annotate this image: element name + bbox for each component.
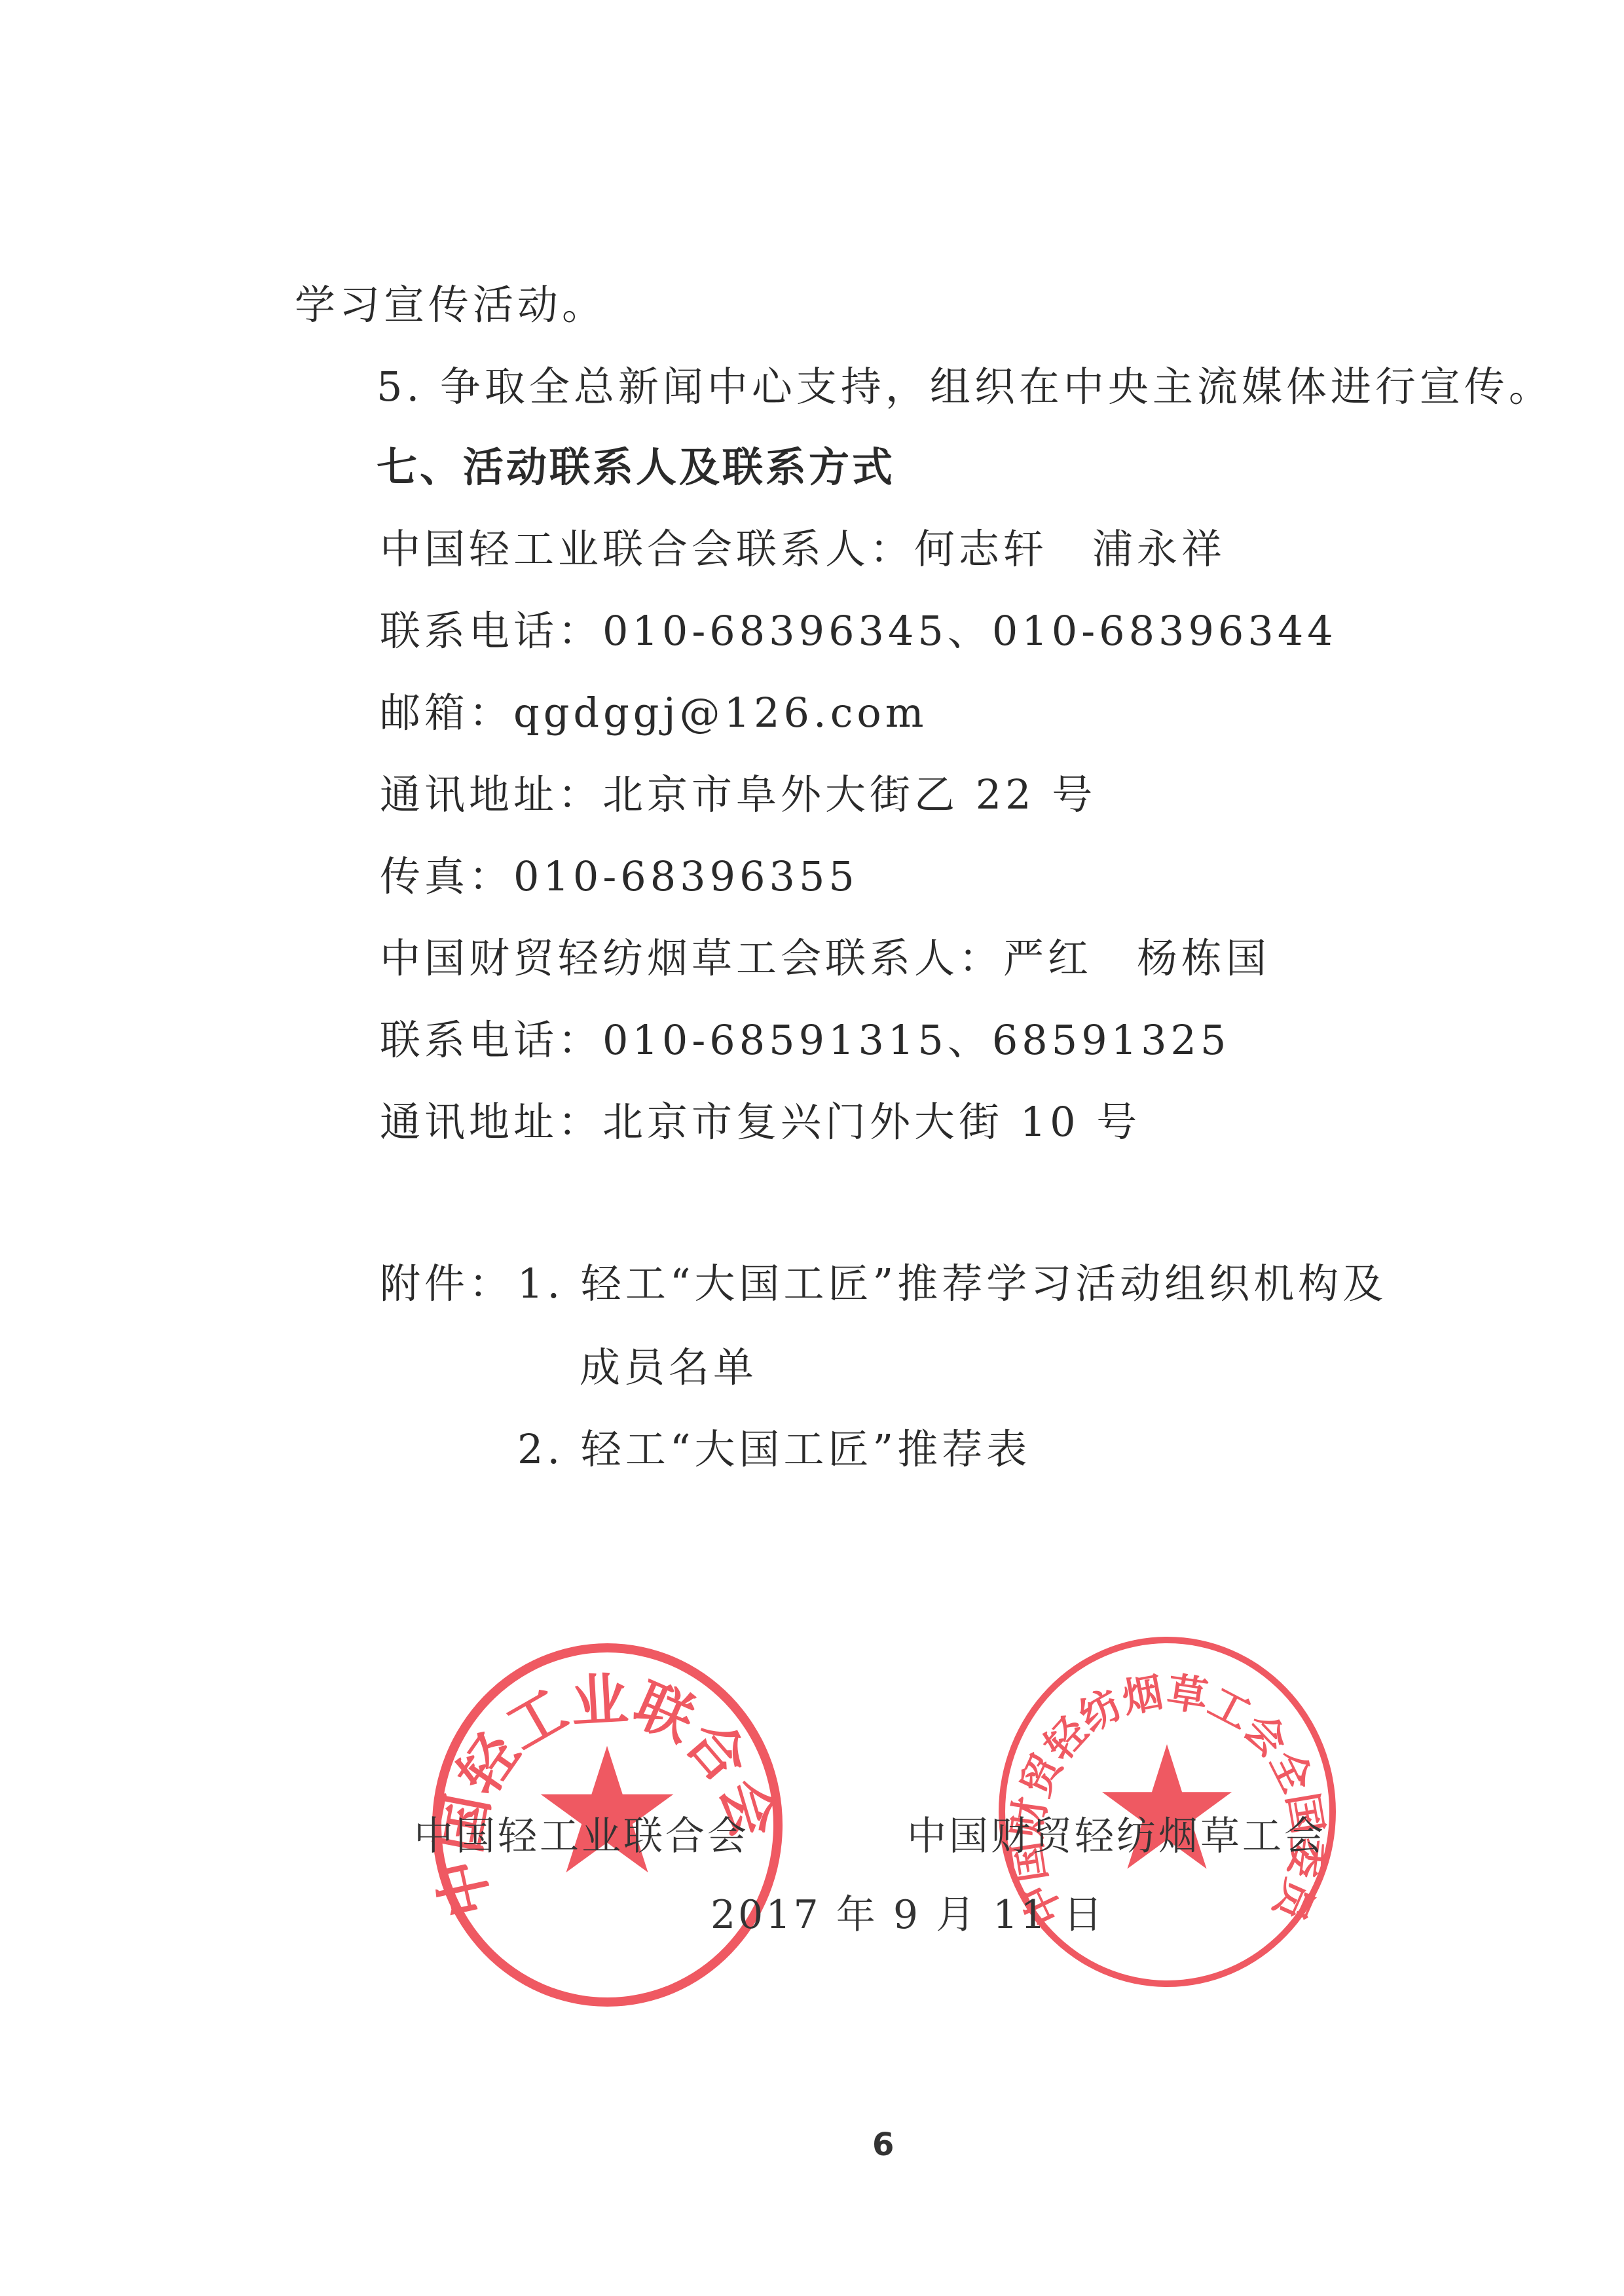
signature-date: 2017 年 9 月 11 日 xyxy=(710,1895,1105,1935)
attachments-label: 附件： xyxy=(380,1264,513,1304)
section-heading: 七、活动联系人及联系方式 xyxy=(377,447,895,488)
org1-address-line: 通讯地址：北京市阜外大街乙 22 号 xyxy=(380,774,1096,815)
signature-org1: 中国轻工业联合会 xyxy=(414,1817,749,1856)
org2-address-line: 通讯地址：北京市复兴门外大街 10 号 xyxy=(380,1102,1141,1142)
org2-phone-line: 联系电话：010-68591315、68591325 xyxy=(380,1020,1230,1061)
signature-org2: 中国财贸轻纺烟草工会 xyxy=(907,1817,1326,1856)
svg-text:中国财贸轻纺烟草工会全国委员会: 中国财贸轻纺烟草工会全国委员会 xyxy=(985,1606,1331,1932)
org1-contact-line: 中国轻工业联合会联系人：何志轩 浦永祥 xyxy=(380,529,1226,570)
page-number: 6 xyxy=(872,2126,894,2163)
seal-right-text: 中国财贸轻纺烟草工会全国委员会 xyxy=(985,1606,1331,1932)
body-continuation: 学习宣传活动。 xyxy=(295,285,606,325)
attachment-2: 2. 轻工“大国工匠”推荐表 xyxy=(517,1429,1031,1470)
org1-phone-line: 联系电话：010-68396345、010-68396344 xyxy=(380,611,1337,651)
org1-fax-line: 传真：010-68396355 xyxy=(380,856,858,897)
org1-email-line: 邮箱：qgdggj@126.com xyxy=(380,693,928,733)
attachment-1-continued: 成员名单 xyxy=(580,1347,758,1388)
attachment-1: 1. 轻工“大国工匠”推荐学习活动组织机构及 xyxy=(517,1264,1387,1304)
body-item-5: 5. 争取全总新闻中心支持，组织在中央主流媒体进行宣传。 xyxy=(377,367,1553,407)
org2-contact-line: 中国财贸轻纺烟草工会联系人：严红 杨栋国 xyxy=(380,938,1270,979)
